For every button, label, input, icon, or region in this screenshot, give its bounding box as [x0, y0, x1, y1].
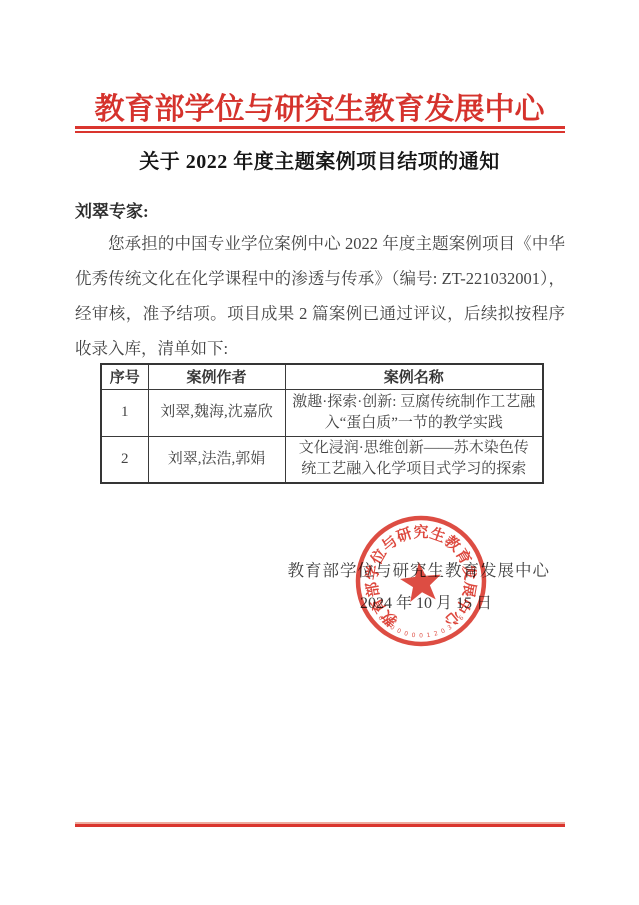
seal-serial-number: 6100000120346: [377, 614, 466, 639]
svg-text:1: 1: [426, 632, 431, 639]
signature-date: 2024 年 10 月 15 日: [360, 590, 492, 613]
svg-text:生: 生: [428, 525, 448, 546]
cell-case-title: 激趣·探索·创新: 豆腐传统制作工艺融入“蛋白质”一节的教学实践: [285, 389, 543, 436]
svg-text:教: 教: [441, 533, 464, 556]
svg-text:0: 0: [440, 627, 446, 635]
column-header-no: 序号: [101, 364, 148, 389]
svg-text:究: 究: [413, 523, 428, 541]
cell-authors: 刘翠,法浩,郭娟: [148, 436, 285, 483]
svg-text:3: 3: [446, 624, 453, 632]
seal-ring: [358, 518, 484, 644]
cell-no: 1: [101, 389, 148, 436]
svg-text:6: 6: [458, 614, 466, 622]
cell-case-title: 文化浸润·思维创新——苏木染色传统工艺融入化学项目式学习的探索: [285, 436, 543, 483]
document-page: 教育部学位与研究生教育发展中心 关于 2022 年度主题案例项目结项的通知 刘翠…: [0, 0, 639, 905]
svg-text:2: 2: [433, 630, 439, 638]
svg-text:0: 0: [403, 630, 409, 638]
svg-text:0: 0: [411, 632, 416, 639]
svg-text:6: 6: [377, 614, 385, 622]
case-table: 序号 案例作者 案例名称 1 刘翠,魏海,沈嘉欣 激趣·探索·创新: 豆腐传统制…: [100, 363, 544, 484]
official-seal-stamp: 教育部学位与研究生教育发展中心 6100000120346: [352, 512, 490, 650]
svg-text:4: 4: [452, 619, 460, 627]
svg-text:与: 与: [378, 532, 401, 555]
document-title: 关于 2022 年度主题案例项目结项的通知: [0, 145, 639, 174]
table-row: 1 刘翠,魏海,沈嘉欣 激趣·探索·创新: 豆腐传统制作工艺融入“蛋白质”一节的…: [101, 389, 543, 436]
salutation: 刘翠专家:: [75, 197, 149, 222]
cell-authors: 刘翠,魏海,沈嘉欣: [148, 389, 285, 436]
svg-text:研: 研: [394, 525, 414, 546]
svg-text:0: 0: [419, 633, 423, 640]
svg-text:0: 0: [396, 627, 402, 635]
table-row: 2 刘翠,法浩,郭娟 文化浸润·思维创新——苏木染色传统工艺融入化学项目式学习的…: [101, 436, 543, 483]
column-header-authors: 案例作者: [148, 364, 285, 389]
svg-text:1: 1: [382, 619, 390, 627]
signature-org-name: 教育部学位与研究生教育发展中心: [288, 557, 551, 581]
body-paragraph: 您承担的中国专业学位案例中心 2022 年度主题案例项目《中华优秀传统文化在化学…: [75, 226, 565, 366]
column-header-case-title: 案例名称: [285, 364, 543, 389]
cell-no: 2: [101, 436, 148, 483]
svg-text:0: 0: [389, 624, 396, 632]
letterhead-double-rule: [75, 126, 565, 133]
footer-rule: [75, 822, 565, 827]
letterhead-org-name: 教育部学位与研究生教育发展中心: [0, 84, 639, 128]
table-header-row: 序号 案例作者 案例名称: [101, 364, 543, 389]
